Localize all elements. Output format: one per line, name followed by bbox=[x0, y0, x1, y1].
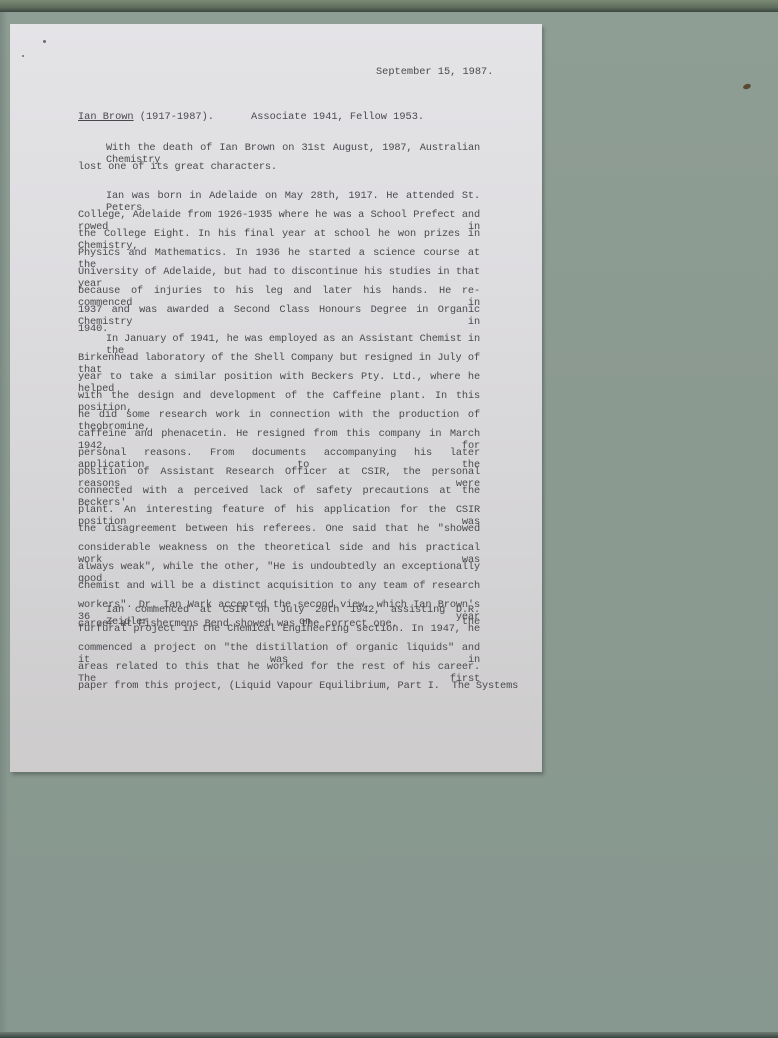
text-line: the disagreement between his referees. O… bbox=[78, 523, 480, 535]
text-line: lost one of its great characters. bbox=[78, 161, 480, 173]
obituary-heading: Ian Brown (1917-1987). Associate 1941, F… bbox=[78, 111, 424, 123]
text-line: furfural project in the Chemical Enginee… bbox=[78, 623, 480, 635]
frame-left-shadow bbox=[0, 12, 8, 1038]
document-page: September 15, 1987. Ian Brown (1917-1987… bbox=[10, 24, 542, 772]
frame-bottom-edge bbox=[0, 1032, 778, 1038]
letter-date: September 15, 1987. bbox=[376, 66, 493, 78]
paper-speck bbox=[43, 40, 46, 43]
text-line: chemist and will be a distinct acquisiti… bbox=[78, 580, 480, 592]
paper-speck bbox=[22, 55, 24, 57]
subject-years: (1917-1987). bbox=[134, 111, 214, 123]
background-smudge bbox=[742, 83, 751, 90]
membership-status: Associate 1941, Fellow 1953. bbox=[214, 111, 424, 123]
subject-name: Ian Brown bbox=[78, 111, 134, 123]
frame-top-edge bbox=[0, 0, 778, 12]
text-line: paper from this project, (Liquid Vapour … bbox=[78, 680, 480, 692]
